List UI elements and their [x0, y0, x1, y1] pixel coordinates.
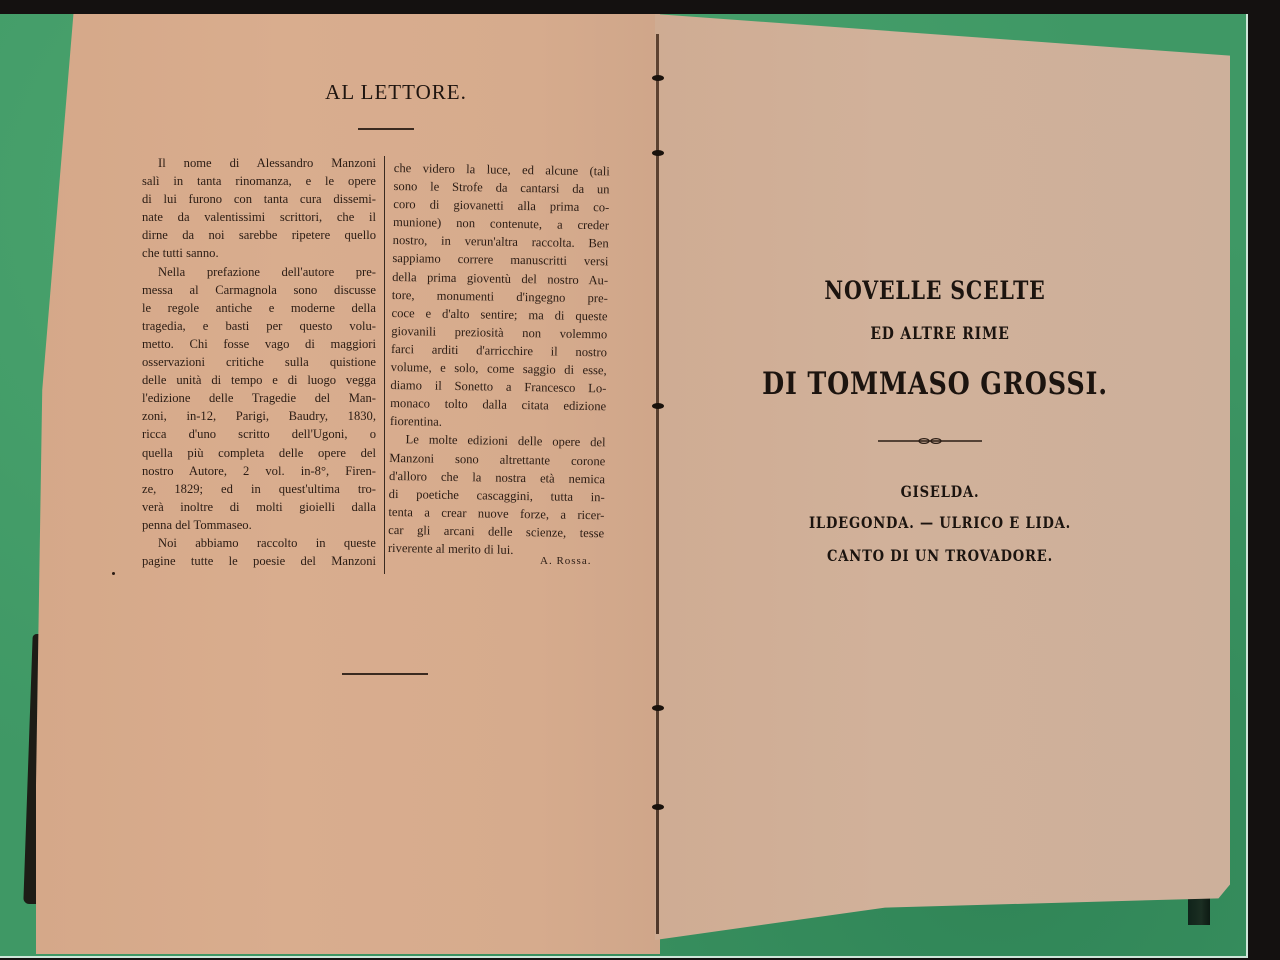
text-line: nate da valentissimi scrittori, che il: [142, 208, 376, 226]
text-line: messa al Carmagnola sono discusse: [142, 281, 376, 299]
column-divider: [384, 156, 385, 574]
right-page: [655, 14, 1230, 940]
book-author: DI TOMMASO GROSSI.: [734, 366, 1136, 402]
text-line: l'edizione delle Tragedie del Man-: [142, 389, 376, 407]
text-line: tragedia, e basti per questo volu-: [142, 317, 376, 335]
left-page-title: AL LETTORE.: [296, 80, 496, 105]
binding-stitch: [652, 403, 664, 409]
contents-item: ILDEGONDA. — ULRICO E LIDA.: [760, 513, 1121, 532]
ornament-divider-icon: [878, 437, 982, 445]
end-rule: [342, 673, 428, 675]
text-line: Il nome di Alessandro Manzoni: [142, 154, 376, 172]
text-line: penna del Tommaseo.: [142, 516, 376, 534]
contents-item: CANTO DI UN TROVADORE.: [776, 546, 1104, 565]
text-line: ricca d'uno scritto dell'Ugoni, o: [142, 425, 376, 443]
text-line: delle unità di tempo e di luogo vegga: [142, 371, 376, 389]
text-line: dirne da noi sarebbe ripetere quello: [142, 226, 376, 244]
text-line: zoni, in-12, Parigi, Baudry, 1830,: [142, 407, 376, 425]
text-line: di lui furono con tanta cura dissemi-: [142, 190, 376, 208]
text-line: salì in tanta rinomanza, e le opere: [142, 172, 376, 190]
text-line: pagine tutte le poesie del Manzoni: [142, 552, 376, 570]
text-line: Noi abbiamo raccolto in queste: [142, 534, 376, 552]
contents-item: GISELDA.: [792, 482, 1087, 501]
text-line: nostro Autore, 2 vol. in-8°, Firen-: [142, 462, 376, 480]
text-line: quella più completa delle opere del: [142, 444, 376, 462]
text-line: metto. Chi fosse vago di maggiori: [142, 335, 376, 353]
text-line: osservazioni critiche sulla quistione: [142, 353, 376, 371]
book-title: NOVELLE SCELTE: [771, 276, 1099, 305]
preface-column-right: che videro la luce, ed alcune (talisono …: [388, 159, 610, 560]
text-line: che tutti sanno.: [142, 244, 376, 262]
preface-column-left: Il nome di Alessandro Manzonisalì in tan…: [142, 154, 376, 570]
binding-stitch: [652, 150, 664, 156]
binding-stitch: [652, 75, 664, 81]
text-line: ze, 1829; ed in quest'ultima tro-: [142, 480, 376, 498]
text-line: verà inoltre di molti gioielli dalla: [142, 498, 376, 516]
book-gutter: [656, 34, 659, 934]
text-line: le regole antiche e moderne della: [142, 299, 376, 317]
book-subtitle: ED ALTRE RIME: [792, 324, 1087, 344]
page-mark: [112, 572, 115, 575]
title-rule: [358, 128, 414, 130]
binding-stitch: [652, 804, 664, 810]
signature: A. Rossa.: [540, 555, 591, 567]
text-line: Nella prefazione dell'autore pre-: [142, 263, 376, 281]
binding-stitch: [652, 705, 664, 711]
